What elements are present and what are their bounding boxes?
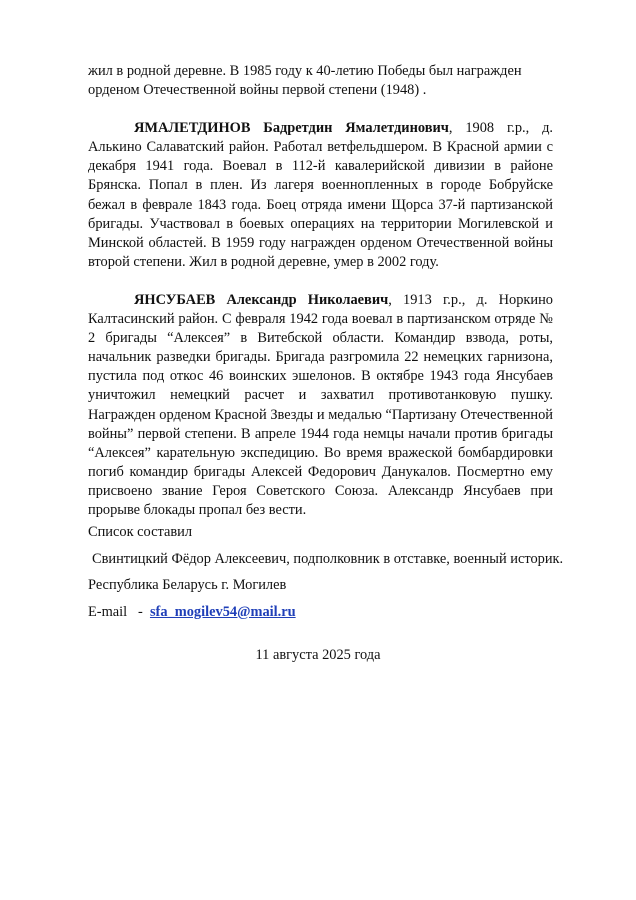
document-date: 11 августа 2025 года (0, 647, 636, 664)
location-line: Республика Беларусь г. Могилев (88, 572, 608, 599)
entry-name: ЯМАЛЕТДИНОВ Бадретдин Ямалетдинович (134, 120, 449, 136)
entry-text: , 1913 г.р., д. Норкино Калтасинский рай… (88, 292, 553, 518)
entry-yansubaev: ЯНСУБАЕВ Александр Николаевич, 1913 г.р.… (88, 291, 553, 520)
intro-paragraph: жил в родной деревне. В 1985 году к 40-л… (88, 62, 553, 100)
email-link[interactable]: sfa_mogilev54@mail.ru (150, 604, 296, 620)
document-body: жил в родной деревне. В 1985 году к 40-л… (88, 62, 553, 520)
author-line: Свинтицкий Фёдор Алексеевич, подполковни… (88, 546, 608, 573)
entry-yamaletdinov: ЯМАЛЕТДИНОВ Бадретдин Ямалетдинович, 190… (88, 119, 553, 272)
entry-name: ЯНСУБАЕВ Александр Николаевич (134, 292, 388, 308)
email-label: E-mail - (88, 604, 150, 620)
email-line: E-mail - sfa_mogilev54@mail.ru (88, 599, 608, 626)
signature-block: Список составил Свинтицкий Фёдор Алексее… (88, 519, 608, 625)
compiled-by-label: Список составил (88, 519, 608, 546)
entry-text: , 1908 г.р., д. Алькино Салаватский райо… (88, 120, 553, 270)
